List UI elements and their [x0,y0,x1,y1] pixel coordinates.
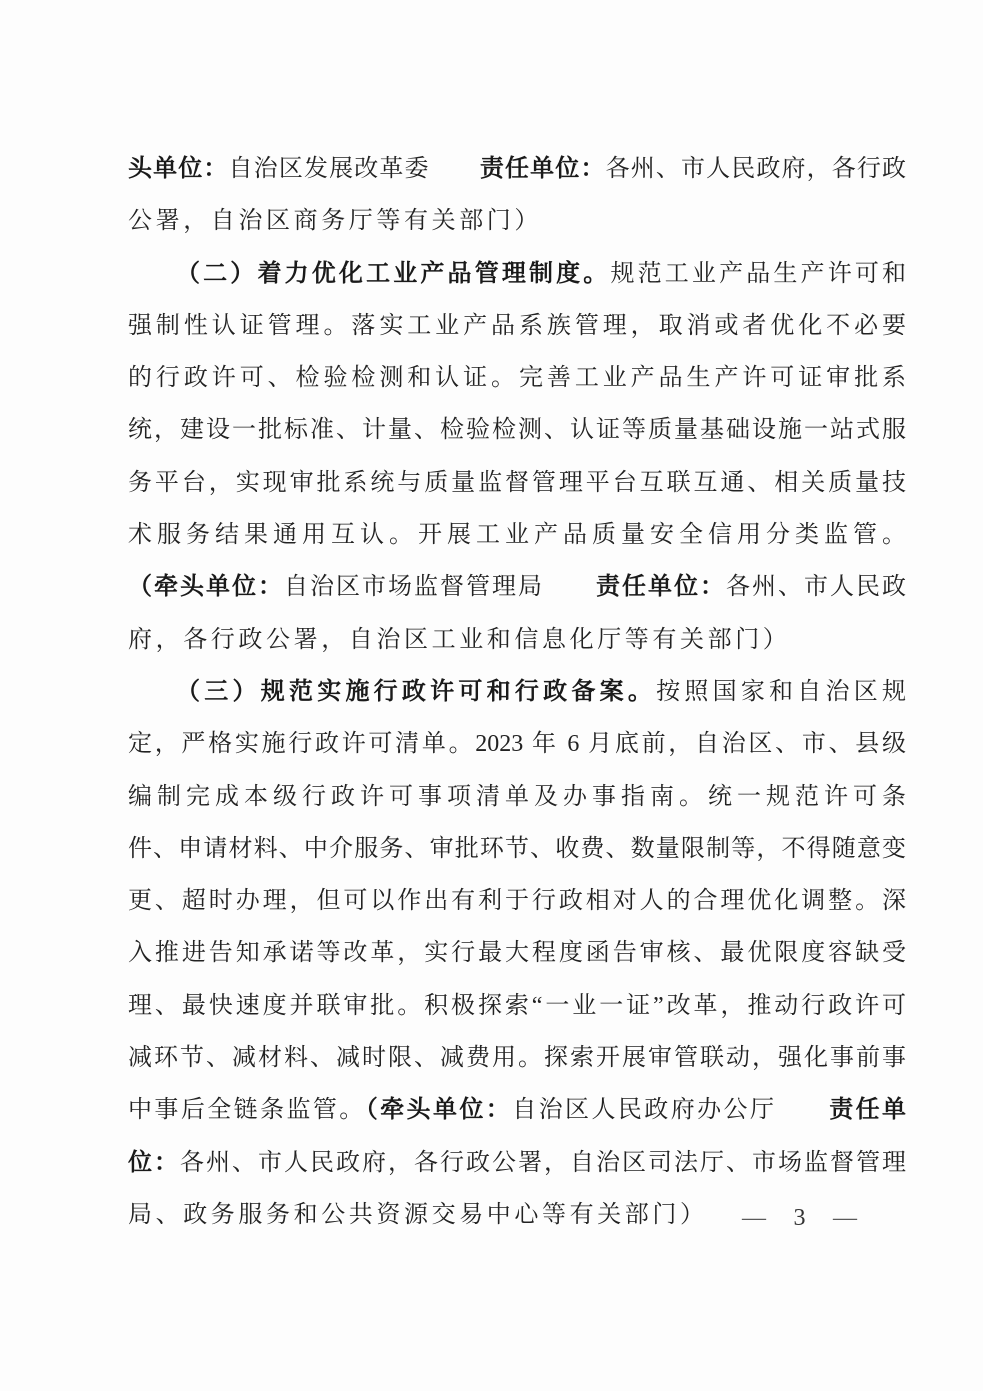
document-line: 强制性认证管理。落实工业产品系族管理，取消或者优化不必要 [128,300,906,352]
document-line: （三）规范实施行政许可和行政备案。按照国家和自治区规 [128,666,906,718]
text-segment: 术服务结果通用互认。开展工业产品质量安全信用分类监管。 [128,522,906,548]
bold-text-segment: 责任单位： [480,156,606,182]
text-segment: 理、最快速度并联审批。积极探索“一业一证”改革，推动行政许可 [128,993,906,1019]
text-segment: 务平台，实现审批系统与质量监督管理平台互联互通、相关质量技 [128,470,906,496]
document-line: （牵头单位：自治区市场监督管理局 责任单位：各州、市人民政 [128,561,906,613]
text-segment: 定，严格实施行政许可清单。2023 年 6 月底前，自治区、市、县级 [128,731,906,757]
document-line: 入推进告知承诺等改革，实行最大程度函告审核、最优限度容缺受 [128,927,906,979]
footer-left-dash: — [742,1205,766,1232]
document-line: 编制完成本级行政许可事项清单及办事指南。统一规范许可条 [128,771,906,823]
document-line: 定，严格实施行政许可清单。2023 年 6 月底前，自治区、市、县级 [128,718,906,770]
bold-text-segment: 头单位： [128,156,229,182]
text-segment: 各州、市人民政 [726,574,906,600]
text-segment: 府，各行政公署，自治区工业和信息化厅等有关部门） [128,627,790,653]
document-line: 术服务结果通用互认。开展工业产品质量安全信用分类监管。 [128,509,906,561]
text-segment: 自治区市场监督管理局 [284,574,544,600]
text-segment: 自治区人民政府办公厅 [512,1097,776,1123]
text-segment: 统，建设一批标准、计量、检验检测、认证等质量基础设施一站式服 [128,417,906,443]
bold-text-segment: （三）规范实施行政许可和行政备案。 [176,679,656,705]
bold-text-segment: 责任单位： [596,574,726,600]
text-segment: 各州、市人民政府，各行政公署，自治区司法厅、市场监督管理 [180,1150,906,1176]
text-segment [430,156,480,182]
text-segment: 减环节、减材料、减时限、减费用。探索开展审管联动，强化事前事 [128,1045,906,1071]
bold-text-segment: （二）着力优化工业产品管理制度。 [176,261,610,287]
document-line: 更、超时办理，但可以作出有利于行政相对人的合理优化调整。深 [128,875,906,927]
text-segment: 局、政务服务和公共资源交易中心等有关部门） [128,1202,708,1228]
text-segment: 按照国家和自治区规 [656,679,906,705]
bold-text-segment: 位： [128,1150,180,1176]
bold-text-segment: 责任单 [829,1097,906,1123]
document-line: 理、最快速度并联审批。积极探索“一业一证”改革，推动行政许可 [128,980,906,1032]
page-number: 3 [794,1205,806,1232]
document-line: 件、申请材料、中介服务、审批环节、收费、数量限制等，不得随意变 [128,823,906,875]
document-line: 统，建设一批标准、计量、检验检测、认证等质量基础设施一站式服 [128,404,906,456]
text-segment [776,1097,829,1123]
text-segment: 入推进告知承诺等改革，实行最大程度函告审核、最优限度容缺受 [128,940,906,966]
text-segment: 各州、市人民政府，各行政 [606,156,906,182]
bold-text-segment: （牵头单位： [128,574,284,600]
text-segment: 公署，自治区商务厅等有关部门） [128,208,542,234]
text-segment: 件、申请材料、中介服务、审批环节、收费、数量限制等，不得随意变 [128,836,906,862]
text-segment: 的行政许可、检验检测和认证。完善工业产品生产许可证审批系 [128,365,906,391]
document-body: 头单位：自治区发展改革委 责任单位：各州、市人民政府，各行政公署，自治区商务厅等… [128,143,906,1241]
text-segment: 中事后全链条监管。 [128,1097,366,1123]
document-line: 位：各州、市人民政府，各行政公署，自治区司法厅、市场监督管理 [128,1137,906,1189]
text-segment: 规范工业产品生产许可和 [610,261,906,287]
text-segment [544,574,596,600]
footer-right-dash: — [833,1205,857,1232]
document-line: 减环节、减材料、减时限、减费用。探索开展审管联动，强化事前事 [128,1032,906,1084]
document-line: 头单位：自治区发展改革委 责任单位：各州、市人民政府，各行政 [128,143,906,195]
text-segment: 更、超时办理，但可以作出有利于行政相对人的合理优化调整。深 [128,888,906,914]
document-page: 头单位：自治区发展改革委 责任单位：各州、市人民政府，各行政公署，自治区商务厅等… [0,0,983,1391]
text-segment: 编制完成本级行政许可事项清单及办事指南。统一规范许可条 [128,784,906,810]
text-segment: 强制性认证管理。落实工业产品系族管理，取消或者优化不必要 [128,313,906,339]
document-line: 的行政许可、检验检测和认证。完善工业产品生产许可证审批系 [128,352,906,404]
document-line: 务平台，实现审批系统与质量监督管理平台互联互通、相关质量技 [128,457,906,509]
text-segment: 自治区发展改革委 [229,156,430,182]
bold-text-segment: （牵头单位： [366,1097,512,1123]
document-line: 公署，自治区商务厅等有关部门） [128,195,906,247]
document-line: （二）着力优化工业产品管理制度。规范工业产品生产许可和 [128,248,906,300]
document-line: 府，各行政公署，自治区工业和信息化厅等有关部门） [128,614,906,666]
page-footer: — 3 — [742,1198,857,1238]
document-line: 中事后全链条监管。（牵头单位：自治区人民政府办公厅 责任单 [128,1084,906,1136]
